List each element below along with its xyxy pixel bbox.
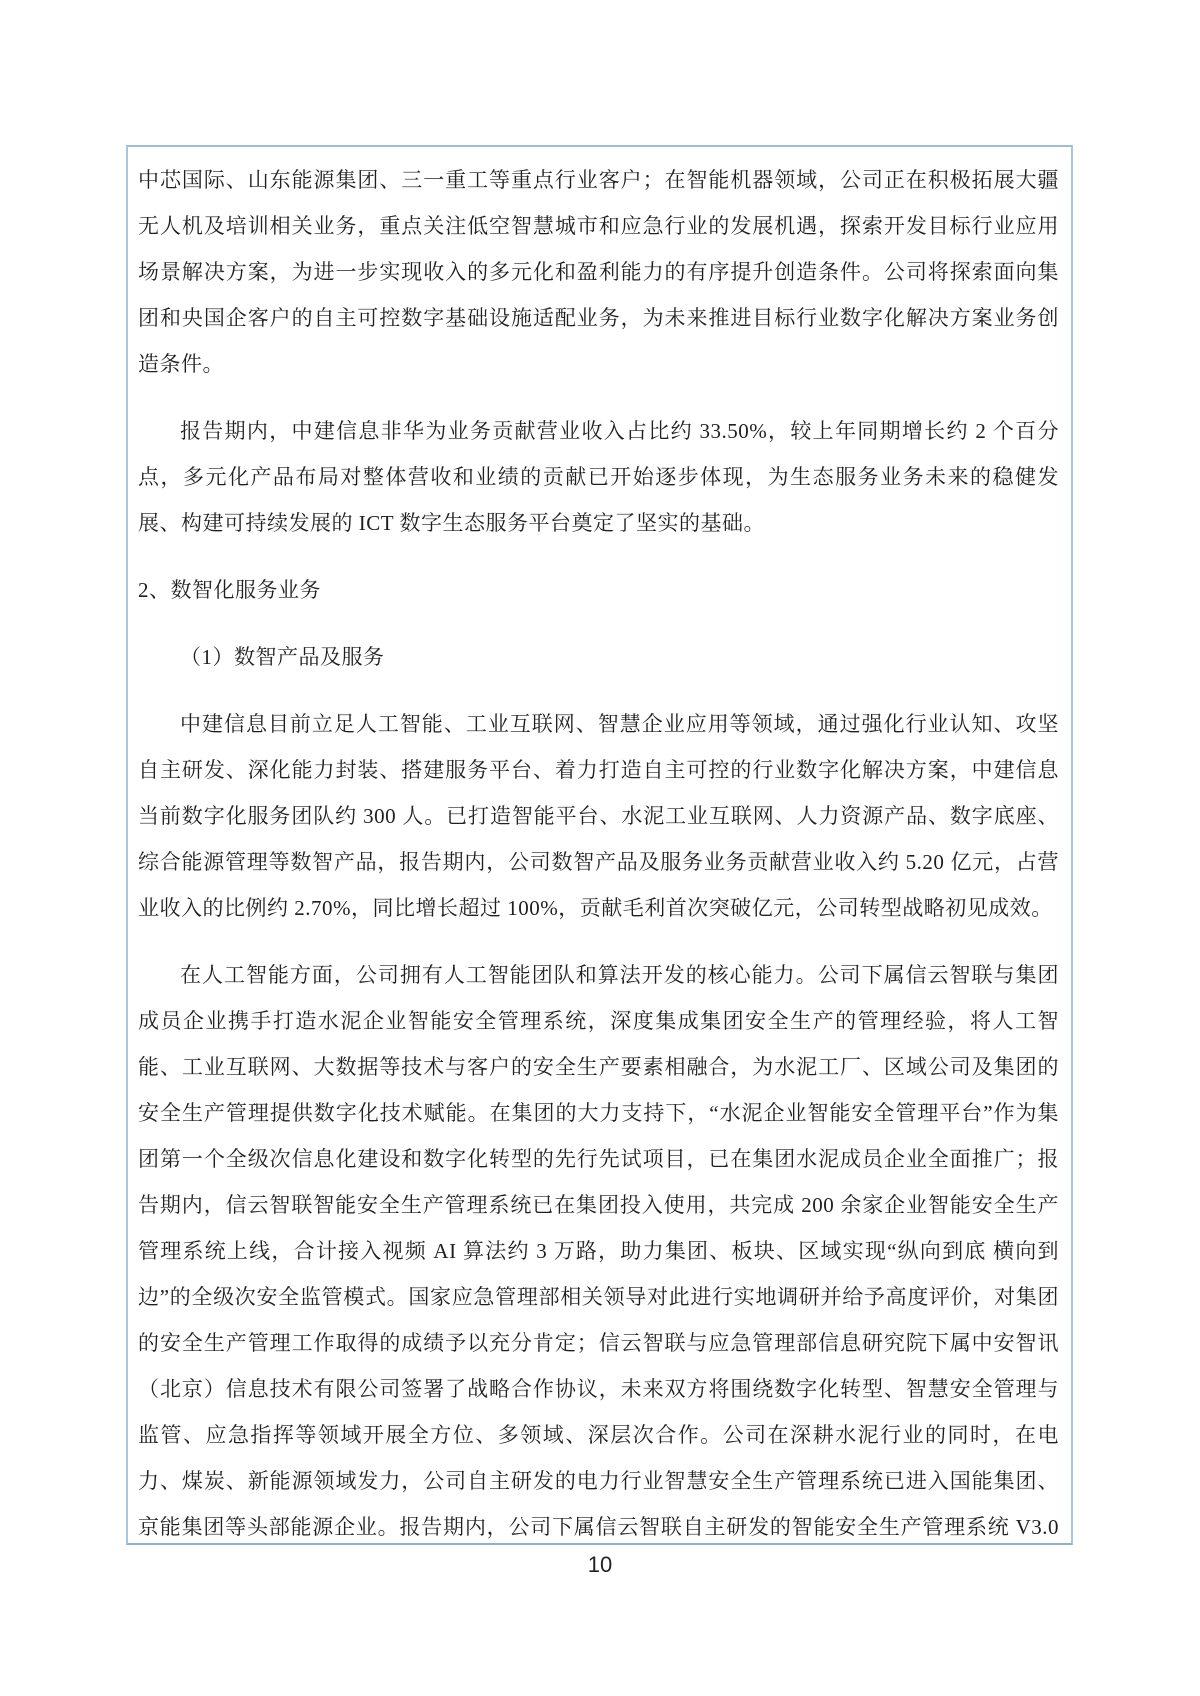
subsection-heading-digital-products: （1）数智产品及服务	[138, 634, 1059, 680]
section-heading-digital-services: 2、数智化服务业务	[138, 567, 1059, 613]
paragraph-non-huawei-revenue: 报告期内，中建信息非华为业务贡献营业收入占比约 33.50%，较上年同期增长约 …	[138, 408, 1059, 546]
page-number: 10	[0, 1552, 1200, 1578]
report-text-cell: 中芯国际、山东能源集团、三一重工等重点行业客户；在智能机器领域，公司正在积极拓展…	[126, 145, 1073, 1545]
paragraph-ai-safety-management: 在人工智能方面，公司拥有人工智能团队和算法开发的核心能力。公司下属信云智联与集团…	[138, 952, 1059, 1545]
report-page: 中芯国际、山东能源集团、三一重工等重点行业客户；在智能机器领域，公司正在积极拓展…	[0, 0, 1200, 1696]
paragraph-digital-products-revenue: 中建信息目前立足人工智能、工业互联网、智慧企业应用等领域，通过强化行业认知、攻坚…	[138, 701, 1059, 931]
paragraph-business-clients: 中芯国际、山东能源集团、三一重工等重点行业客户；在智能机器领域，公司正在积极拓展…	[138, 157, 1059, 387]
